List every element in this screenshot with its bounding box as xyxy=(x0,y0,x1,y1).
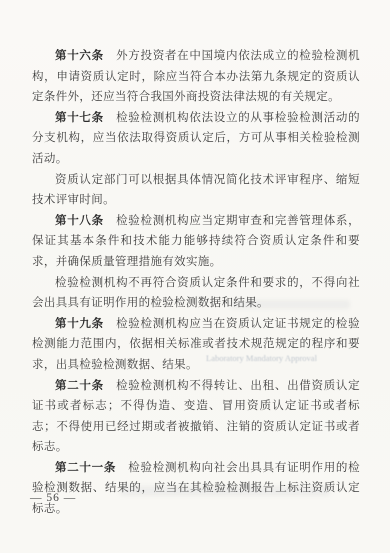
article-number: 第十八条 xyxy=(55,215,116,227)
paragraph-article-21: 第二十一条 检验检测机构向社会出具具有证明作用的检验检测数据、结果的，应当在其检… xyxy=(32,458,360,520)
document-body: 第十六条 外方投资者在中国境内依法成立的检验检测机构，申请资质认定时，除应当符合… xyxy=(32,46,360,520)
paragraph-text: 资质认定部门可以根据具体情况简化技术评审程序、缩短技术评审时间。 xyxy=(32,174,360,207)
article-number: 第十六条 xyxy=(55,50,116,62)
paragraph-article-20: 第二十条 检验检测机构不得转让、出租、出借资质认定证书或者标志；不得伪造、变造、… xyxy=(32,376,360,458)
article-number: 第二十条 xyxy=(55,380,116,392)
article-number: 第二十一条 xyxy=(55,462,128,474)
paragraph-article-18-cont: 检验检测机构不再符合资质认定条件和要求的，不得向社会出具具有证明作用的检验检测数… xyxy=(32,273,360,314)
paragraph-article-17: 第十七条 检验检测机构依法设立的从事检验检测活动的分支机构，应当依法取得资质认定… xyxy=(32,108,360,170)
article-number: 第十七条 xyxy=(55,112,116,124)
paragraph-article-19: 第十九条 检验检测机构应当在资质认定证书规定的检验检测能力范围内，依据相关标准或… xyxy=(32,314,360,376)
page-number: — 56 — xyxy=(30,492,76,504)
paragraph-article-18: 第十八条 检验检测机构应当定期审查和完善管理体系，保证其基本条件和技术能力能够持… xyxy=(32,211,360,273)
article-number: 第十九条 xyxy=(55,318,116,330)
paragraph-text: 检验检测机构不再符合资质认定条件和要求的，不得向社会出具具有证明作用的检验检测数… xyxy=(32,277,360,310)
paragraph-article-16: 第十六条 外方投资者在中国境内依法成立的检验检测机构，申请资质认定时，除应当符合… xyxy=(32,46,360,108)
scanned-document-page: Laboratory Mandatory Approval 第十六条 外方投资者… xyxy=(0,0,390,553)
paragraph-article-17-cont: 资质认定部门可以根据具体情况简化技术评审程序、缩短技术评审时间。 xyxy=(32,170,360,211)
